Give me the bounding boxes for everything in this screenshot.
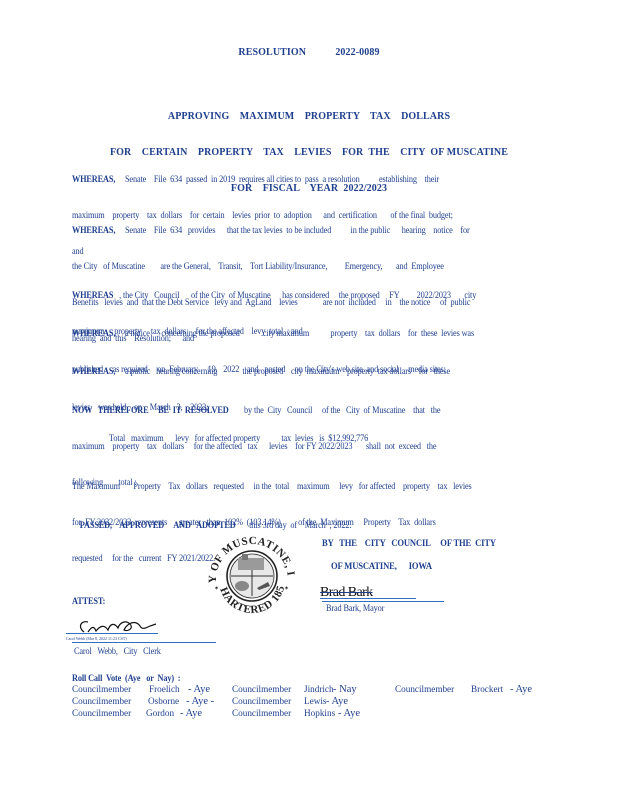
member-name: Lewis (304, 696, 326, 706)
resolution-page: RESOLUTION 2022-0089 APPROVING MAXIMUM P… (0, 0, 618, 800)
svg-text:✶: ✶ (284, 585, 289, 592)
council-block-line-2: OF MUSCATINE, IOWA (331, 561, 432, 573)
member-vote: - Aye (180, 708, 202, 719)
paragraph-line: by the City Council of the City of Musca… (244, 405, 440, 415)
svg-text:✶: ✶ (214, 585, 219, 592)
clerk-name-line (72, 642, 216, 643)
paragraph-line: a notice concerning the proposed city ma… (125, 328, 474, 338)
whereas-lead: WHEREAS, (72, 366, 115, 376)
resolved-lead: NOW THEREFORE BE IT RESOLVED (72, 405, 229, 415)
member-name: Froelich (149, 684, 180, 694)
whereas-lead: WHEREAS, (72, 328, 115, 338)
council-block-line-1: BY THE CITY COUNCIL OF THE CITY (322, 538, 496, 550)
clerk-signature-line (66, 633, 158, 634)
member-vote: - Aye - (186, 696, 214, 707)
member-vote: - Aye (326, 696, 348, 707)
paragraph-line: Senate File 634 provides that the tax le… (125, 225, 470, 235)
member-vote: - Aye (338, 708, 360, 719)
member-title: Councilmember (395, 684, 454, 694)
member-name: Osborne (148, 696, 179, 706)
attest-label: ATTEST: (72, 595, 105, 607)
resolution-label: RESOLUTION (238, 47, 306, 58)
paragraph-line: a public hearing concerning the proposed… (125, 366, 450, 376)
member-title: Councilmember (232, 696, 291, 706)
paragraph-line: , the City Council of the City of Muscat… (119, 290, 476, 300)
member-title: Councilmember (232, 708, 291, 718)
roll-call-heading: Roll Call Vote (Aye or Nay) : (72, 672, 180, 684)
member-title: Councilmember (72, 696, 131, 706)
member-title: Councilmember (72, 708, 131, 718)
paragraph-line: The Maximum Property Tax dollars request… (72, 480, 495, 492)
title-line: APPROVING MAXIMUM PROPERTY TAX DOLLARS (0, 111, 618, 123)
paragraph-line: Senate File 634 passed in 2019 requires … (125, 174, 439, 184)
whereas-lead: WHEREAS, (72, 174, 115, 184)
member-name: Brockert (471, 684, 503, 694)
member-vote: - Aye (510, 684, 532, 695)
member-vote: - Nay (333, 684, 357, 695)
member-name: Hopkins (304, 708, 335, 718)
member-name: Jindrich (304, 684, 334, 694)
mayor-name-title: Brad Bark, Mayor (326, 602, 384, 614)
clerk-signature-stamp: Carol Webb (Mar 8, 2022 11:23 CST) (66, 636, 127, 641)
whereas-lead: WHEREAS, (72, 225, 115, 235)
resolution-number: 2022-0089 (335, 47, 379, 58)
mayor-signature-line (320, 598, 416, 599)
member-title: Councilmember (72, 684, 131, 694)
clerk-name-title: Carol Webb, City Clerk (74, 645, 161, 657)
total-levy-line: Total maximum levy for affected property… (109, 432, 368, 444)
resolution-header: RESOLUTION 2022-0089 (0, 47, 618, 58)
member-title: Councilmember (232, 684, 291, 694)
city-seal-icon: CITY OF MUSCATINE, IOWA CHARTERED 1851 ✶… (202, 528, 300, 622)
whereas-lead: WHEREAS (72, 290, 113, 300)
member-name: Gordon (146, 708, 174, 718)
member-vote: - Aye (188, 684, 210, 695)
